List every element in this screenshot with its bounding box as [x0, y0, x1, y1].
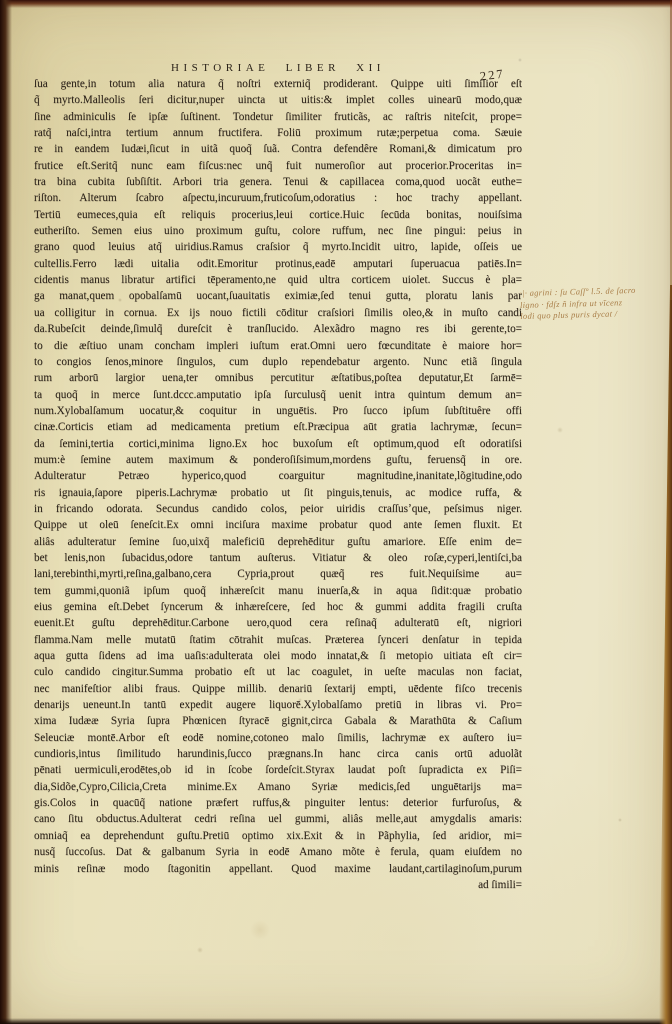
- text-line: mum:è ſemine autem maximum & ponderoſiſs…: [34, 452, 522, 468]
- binding-gutter-shadow: [0, 0, 12, 1024]
- text-line: rum arborū largior uena,ter omnibus perc…: [34, 370, 522, 386]
- page-top-edge-shadow: [0, 0, 672, 8]
- text-line: nusq̃ ſuccoſus. Dat & galbanum Syria in …: [34, 844, 522, 860]
- text-line: in fricando odorata. Secundus candido co…: [34, 501, 522, 517]
- text-line: da ſemini,tertia cortici,minima ligno.Ex…: [34, 436, 522, 452]
- text-line: Quippe ut oleū ſeneſcit.Ex omni inciſura…: [34, 517, 522, 533]
- text-line: eius gemina eſt.Debet ſyncerum & inhæreſ…: [34, 599, 522, 615]
- text-line: culo candido cingitur.Summa probatio eſt…: [34, 664, 522, 680]
- text-line: flamma.Nam melle mutatū ſtatim cōtrahit …: [34, 632, 522, 648]
- text-line: 30bet lenis,non ſubacidus,odore tantum a…: [34, 550, 522, 566]
- text-line: 10eutheriſto. Semen eius uino proximum g…: [34, 223, 522, 239]
- text-line: pēnati uermiculi,erodētes,ob id in ſcobe…: [34, 762, 522, 778]
- text-line: minis reſinæ modo ſtagonitin appellant. …: [34, 861, 522, 877]
- text-line: num.Xylobalſamum uocatur,& coquitur in u…: [34, 403, 522, 419]
- text-line: 20ta quoq̃ in merce ſunt.dccc.amputatio …: [34, 387, 522, 403]
- catchword: ad ſimili=: [34, 877, 522, 893]
- text-line: Seleuciæ montē.Arbor eſt eodē nomine,cot…: [34, 730, 522, 746]
- text-line: ua colligitur in cornua. Ex ijs nouo fic…: [34, 305, 522, 321]
- text-line: ris ignauia,ſapore piperis.Lachrymæ prob…: [34, 485, 522, 501]
- text-line: gis.Colos in quacūq̃ natione præfert ruf…: [34, 795, 522, 811]
- text-line: da.Rubeſcit deinde,ſimulq̃ dureſcit è tr…: [34, 321, 522, 337]
- text-line: tem gummi,quoniã ipſum quoq̃ inhæreſcit …: [34, 583, 522, 599]
- running-header: HISTORIAE LIBER XII: [34, 62, 522, 74]
- text-line: Tertiū eumeces,quia eſt reliquis proceri…: [34, 207, 522, 223]
- text-line: cundioris,intus ſimilitudo harundinis,ſu…: [34, 746, 522, 762]
- text-line: ratq̃ naſci,intra tertium annum fructife…: [34, 125, 522, 141]
- text-line: nec manifeſtior alibi fraus. Quippe mill…: [34, 681, 522, 697]
- text-line: riſton. Alterum ſcabro aſpectu,incuruum,…: [34, 190, 522, 206]
- text-line: re in eandem Iudæi,ſicut in uitã quoq̃ ſ…: [34, 141, 522, 157]
- text-line: euenit.Et guſtu deprehēditur.Carbone uer…: [34, 615, 522, 631]
- text-line: ſua gente,in totum alia natura q̃ noſtri…: [34, 76, 522, 92]
- text-line: Adulteratur Petræo hyperico,quod coargui…: [34, 468, 522, 484]
- text-line: to die æſtiuo unam concham impleri iuſtu…: [34, 338, 522, 354]
- text-line: to congios ſenos,minore ſingulos, cum du…: [34, 354, 522, 370]
- text-line: ga manat,quem opobalſamū uocant,ſuauitat…: [34, 288, 522, 304]
- text-line: q̃ myrto.Malleolis ſeri dicitur,nuper ui…: [34, 92, 522, 108]
- text-line: grano quod leuius atq̃ uiridius.Ramus cr…: [34, 239, 522, 255]
- text-line: aliâs adulteratur ſemine ſuo,uixq̃ malef…: [34, 534, 522, 550]
- text-line: lani,terebinthi,myrti,reſina,galbano,cer…: [34, 566, 522, 582]
- text-line: cultellis.Ferro lædi uitalia odit.Emorit…: [34, 256, 522, 272]
- text-line: aqua gutta ſidens ad ima uaſis:adulterat…: [34, 648, 522, 664]
- book-page: HISTORIAE LIBER XII 227 ſua gente,in tot…: [0, 0, 672, 1024]
- text-line: denarijs ueneunt.In tantū expedit augere…: [34, 697, 522, 713]
- text-line: cano ſitu obductus.Adulterat cedri reſin…: [34, 811, 522, 827]
- text-block: ſua gente,in totum alia natura q̃ noſtri…: [34, 76, 522, 893]
- text-line: frutice eſt.Seritq̃ nunc eam fiſcus:nec …: [34, 158, 522, 174]
- text-line: cinæ.Corticis etiam ad medicamenta preti…: [34, 419, 522, 435]
- text-line: dia,Sidõe,Cypro,Cilicia,Creta minime.Ex …: [34, 779, 522, 795]
- text-line: ſine adminiculis ſe ipſæ ſuſtinent. Tond…: [34, 109, 522, 125]
- text-line: cidentis manus libratur artifici tēperam…: [34, 272, 522, 288]
- marginal-note: ·|· agrini : ſu Caſſº l.5. de ſacroligno…: [520, 284, 671, 322]
- book-fore-edge: [659, 285, 672, 1024]
- page-bottom-edge-shadow: [0, 1018, 672, 1024]
- text-line: 40xima Iudææ Syria ſupra Phœnicen ſtyrac…: [34, 713, 522, 729]
- text-line: tra bina cubita ſubſiſtit. Arbori tria g…: [34, 174, 522, 190]
- text-line: omniaq̃ ea deprehendunt guſtu.Pretiū opt…: [34, 828, 522, 844]
